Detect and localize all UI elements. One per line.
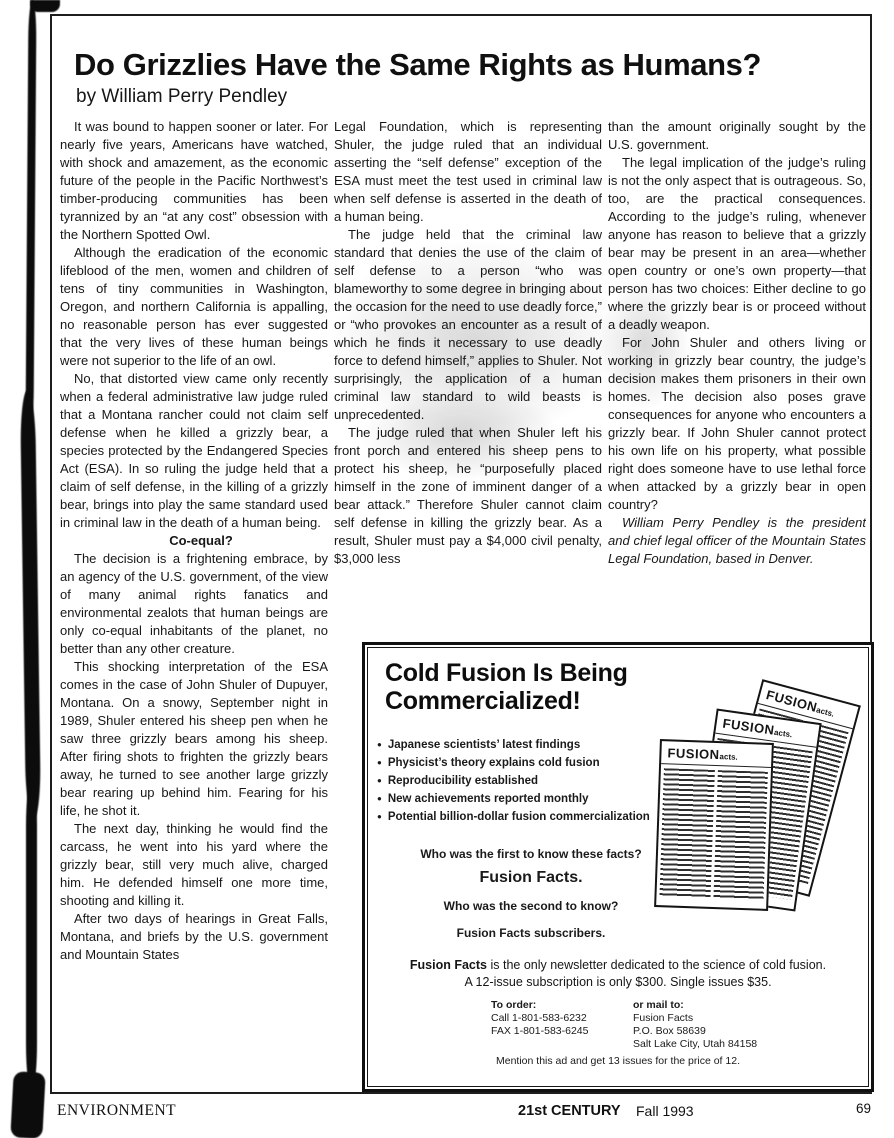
newsletter-page: FUSIONacts.: [654, 739, 774, 911]
paragraph: than the amount originally sought by the…: [608, 118, 866, 154]
fusion-facts-ad: Cold Fusion Is Being Commercialized! ● J…: [362, 642, 874, 1092]
ad-bullet-list: ● Japanese scientists’ latest findings ●…: [377, 739, 677, 829]
newsletter-text-column: [713, 770, 768, 900]
footer-page-number: 69: [856, 1101, 871, 1116]
ad-mail-info: or mail to: Fusion Facts P.O. Box 58639 …: [633, 999, 757, 1051]
list-item: ● Japanese scientists’ latest findings: [377, 739, 677, 751]
paragraph: The decision is a frightening embrace, b…: [60, 550, 328, 658]
bullet-icon: ●: [377, 812, 382, 821]
footer-section-label: ENVIRONMENT: [57, 1102, 176, 1120]
list-item: ● New achievements reported monthly: [377, 793, 677, 805]
article-column-3: than the amount originally sought by the…: [608, 118, 866, 634]
page-title: Do Grizzlies Have the Same Rights as Hum…: [74, 47, 854, 83]
bullet-icon: ●: [377, 758, 382, 767]
ad-order-info: To order: Call 1-801-583-6232 FAX 1-801-…: [491, 999, 588, 1038]
bullet-text: Reproducibility established: [388, 775, 538, 787]
article-column-1: It was bound to happen sooner or later. …: [60, 118, 328, 1084]
paragraph: The next day, thinking he would find the…: [60, 820, 328, 910]
paragraph: Legal Foundation, which is representing …: [334, 118, 602, 226]
list-item: ● Physicist’s theory explains cold fusio…: [377, 757, 677, 769]
byline: by William Perry Pendley: [76, 86, 287, 108]
scan-artifact: [30, 0, 60, 12]
bullet-text: Potential billion-dollar fusion commerci…: [388, 811, 650, 823]
scan-artifact: [26, 780, 37, 1090]
list-item: ● Reproducibility established: [377, 775, 677, 787]
mail-heading: or mail to:: [633, 999, 757, 1012]
mail-city: Salt Lake City, Utah 84158: [633, 1038, 757, 1051]
footer-issue-date: Fall 1993: [636, 1103, 694, 1119]
ad-question: Who was the first to know these facts?: [371, 847, 691, 861]
page-footer: ENVIRONMENT 21st CENTURY Fall 1993 69: [0, 1098, 894, 1128]
bullet-text: Physicist’s theory explains cold fusion: [388, 757, 600, 769]
paragraph: The judge held that the criminal law sta…: [334, 226, 602, 424]
paragraph: Although the eradication of the economic…: [60, 244, 328, 370]
author-bio: William Perry Pendley is the president a…: [608, 514, 866, 568]
scan-artifact: [20, 390, 41, 820]
bullet-icon: ●: [377, 794, 382, 803]
ad-mention-offer: Mention this ad and get 13 issues for th…: [365, 1055, 871, 1067]
paragraph: After two days of hearings in Great Fall…: [60, 910, 328, 964]
ad-answer: Fusion Facts subscribers.: [371, 926, 691, 940]
order-phone: Call 1-801-583-6232: [491, 1012, 588, 1025]
newsletter-masthead: FUSION: [722, 716, 776, 738]
ad-answer: Fusion Facts.: [371, 869, 691, 887]
ad-description: Fusion Facts is the only newsletter dedi…: [365, 957, 871, 991]
bullet-text: Japanese scientists’ latest findings: [388, 739, 580, 751]
paragraph: It was bound to happen sooner or later. …: [60, 118, 328, 244]
list-item: ● Potential billion-dollar fusion commer…: [377, 811, 677, 823]
footer-magazine-name: 21st CENTURY: [518, 1103, 621, 1119]
paragraph: For John Shuler and others living or wor…: [608, 334, 866, 514]
scanned-magazine-page: Do Grizzlies Have the Same Rights as Hum…: [0, 0, 894, 1138]
order-heading: To order:: [491, 999, 588, 1012]
scan-artifact: [25, 0, 36, 430]
order-fax: FAX 1-801-583-6245: [491, 1025, 588, 1038]
bullet-icon: ●: [377, 740, 382, 749]
paragraph: No, that distorted view came only recent…: [60, 370, 328, 532]
article-column-2: Legal Foundation, which is representing …: [334, 118, 602, 634]
subhead-co-equal: Co-equal?: [60, 532, 328, 550]
paragraph: This shocking interpretation of the ESA …: [60, 658, 328, 820]
newsletter-text-column: [659, 768, 714, 898]
paragraph: The legal implication of the judge’s rul…: [608, 154, 866, 334]
newsletter-masthead: FUSION: [667, 745, 720, 762]
ad-question-block: Who was the first to know these facts? F…: [371, 847, 691, 940]
paragraph: The judge ruled that when Shuler left hi…: [334, 424, 602, 568]
ad-question: Who was the second to know?: [371, 899, 691, 913]
bullet-text: New achievements reported monthly: [388, 793, 589, 805]
mail-name: Fusion Facts: [633, 1012, 757, 1025]
mail-pobox: P.O. Box 58639: [633, 1025, 757, 1038]
bullet-icon: ●: [377, 776, 382, 785]
